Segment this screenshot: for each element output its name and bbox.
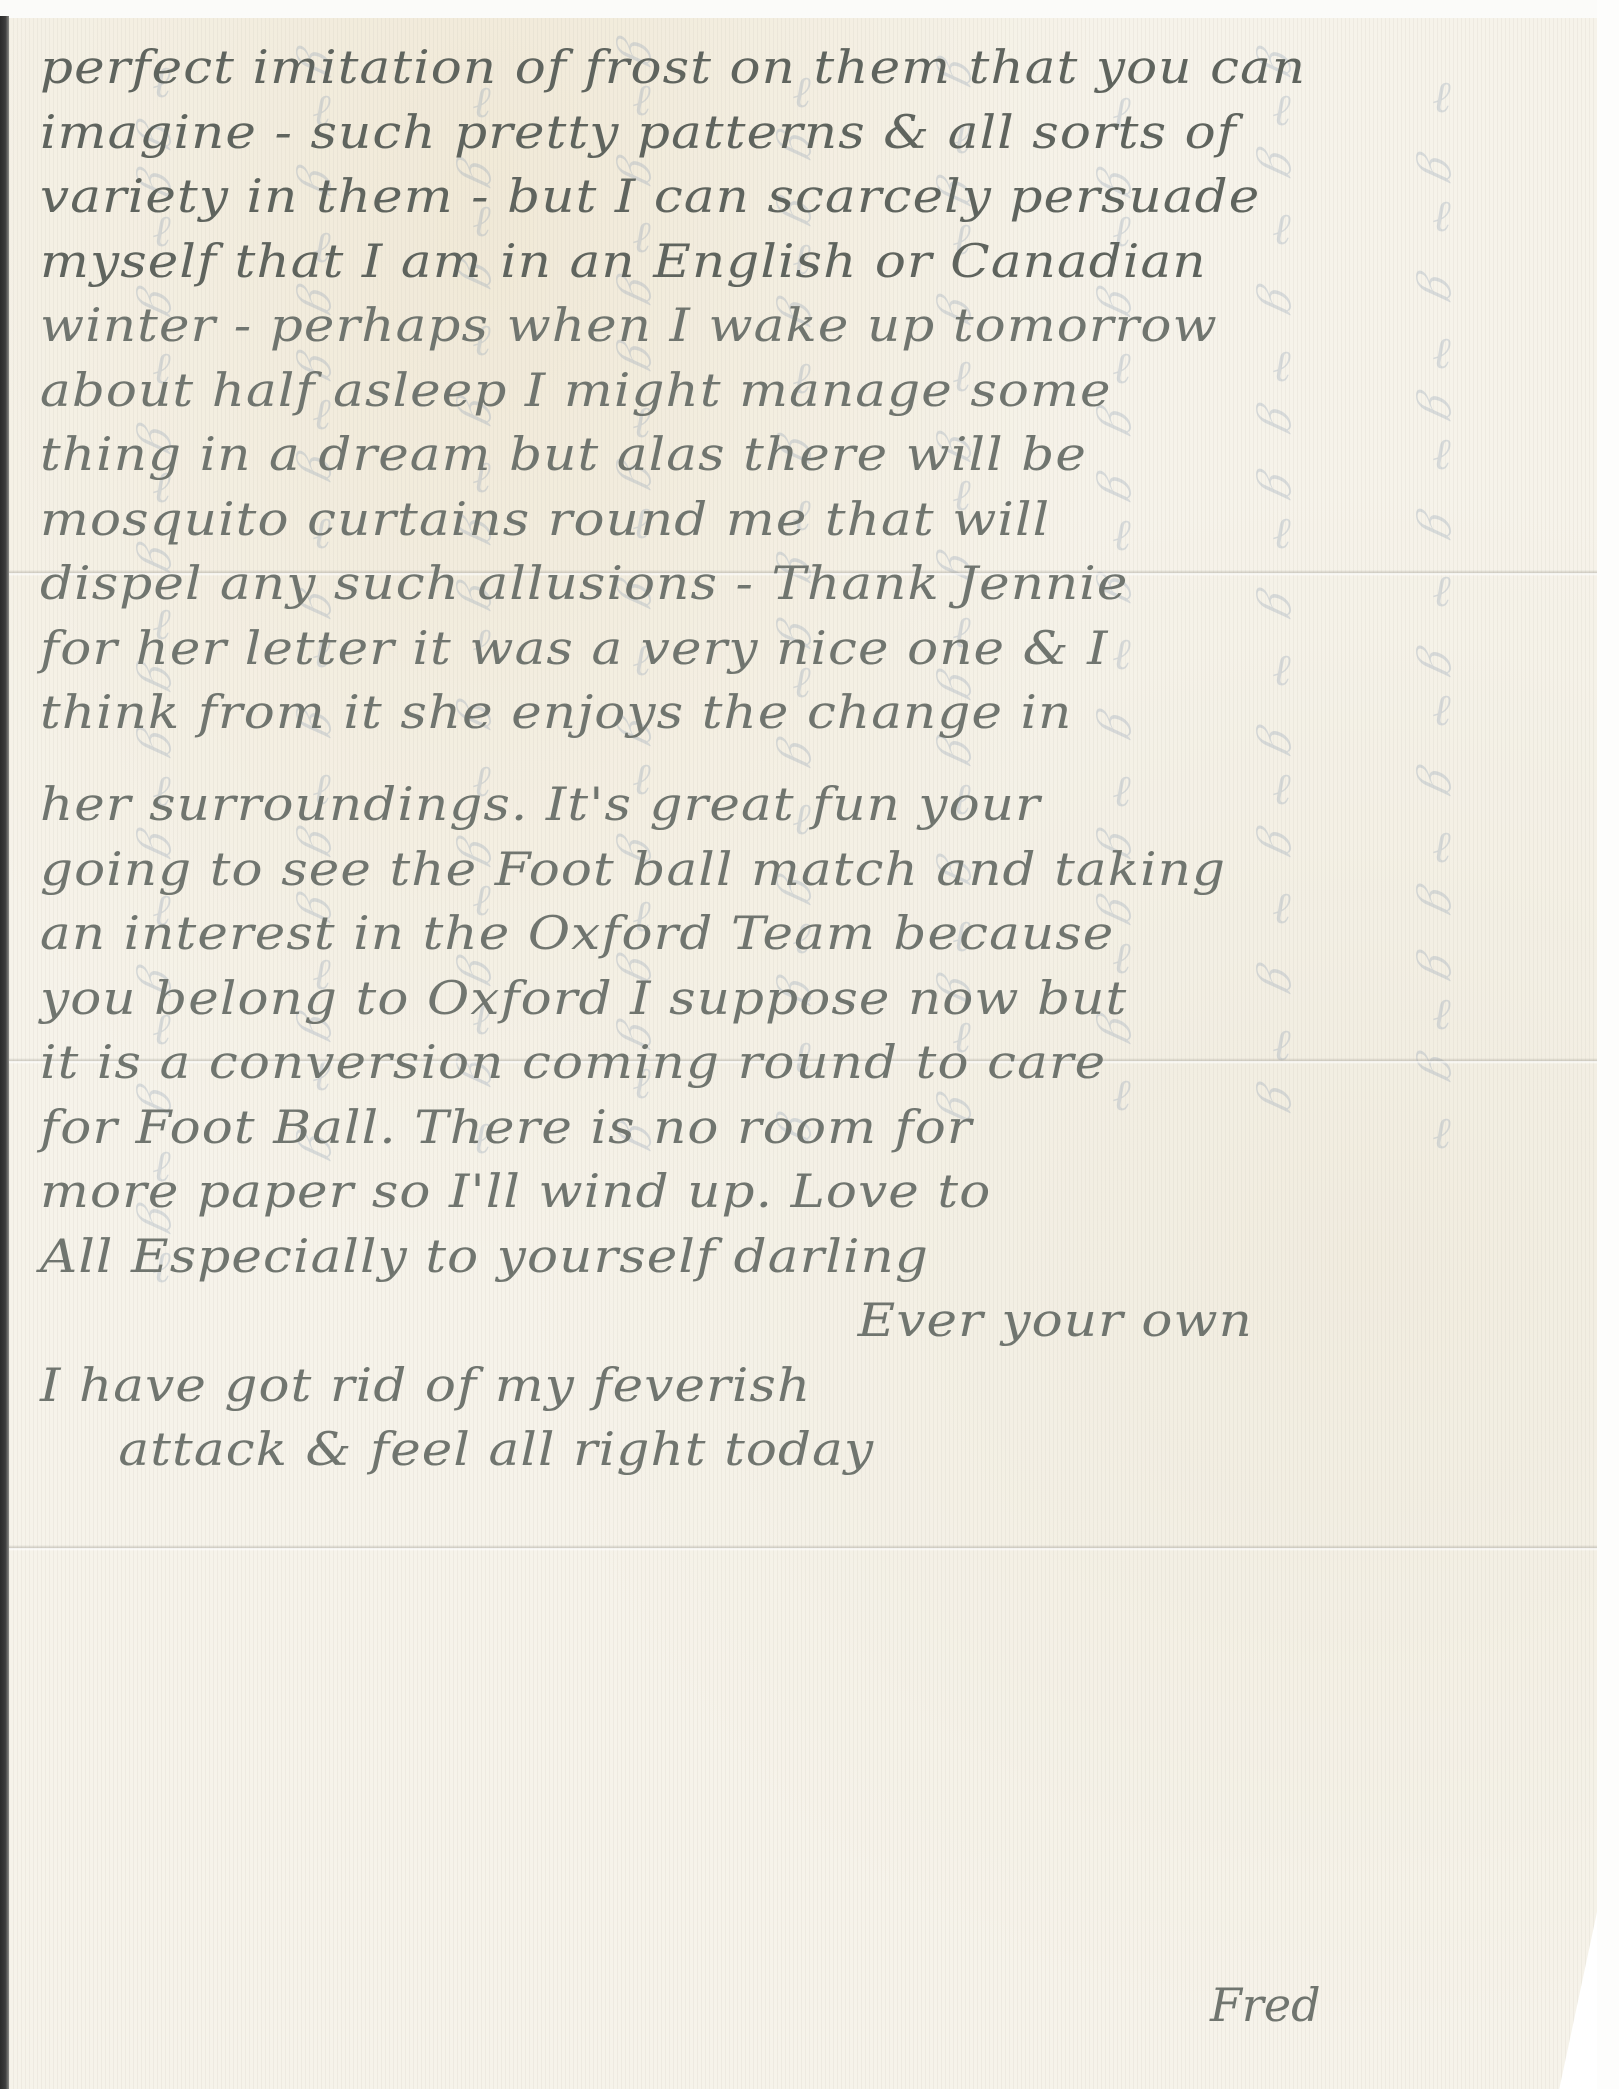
letter-line: more paper so I'll wind up. Love to [40, 1164, 1619, 1222]
letter-line: thing in a dream but alas there will be [40, 427, 1619, 485]
letter-line: dispel any such allusions - Thank Jennie [40, 556, 1619, 614]
letter-line: for her letter it was a very nice one & … [40, 621, 1619, 679]
letter-line: perfect imitation of frost on them that … [40, 40, 1619, 98]
letter-line: for Foot Ball. There is no room for [40, 1100, 1619, 1158]
scan-top-margin [0, 0, 1619, 20]
letter-line: imagine - such pretty patterns & all sor… [40, 105, 1619, 163]
letter-line: an interest in the Oxford Team because [40, 906, 1619, 964]
letter-body: perfect imitation of frost on them that … [40, 40, 1580, 1487]
letter-line: winter - perhaps when I wake up tomorrow [40, 298, 1619, 356]
letter-signature: Fred [1210, 1978, 1321, 2032]
postscript-line: attack & feel all right today [40, 1422, 1619, 1480]
letter-line: you belong to Oxford I suppose now but [40, 971, 1619, 1029]
letter-closing: Ever your own [40, 1293, 1619, 1351]
letter-line: her surroundings. It's great fun your [40, 777, 1619, 835]
letter-line: about half asleep I might manage some [40, 363, 1619, 421]
letter-line: it is a conversion coming round to care [40, 1035, 1619, 1093]
letter-line: myself that I am in an English or Canadi… [40, 234, 1619, 292]
letter-line: going to see the Foot ball match and tak… [40, 842, 1619, 900]
scan-left-edge [0, 16, 9, 2089]
letter-line: variety in them - but I can scarcely per… [40, 169, 1619, 227]
letter-line: mosquito curtains round me that will [40, 492, 1619, 550]
paper-fold-line [9, 1545, 1599, 1551]
postscript-line: I have got rid of my feverish [40, 1358, 1619, 1416]
letter-line: All Especially to yourself darling [40, 1229, 1619, 1287]
scan-right-margin [1597, 0, 1619, 2089]
letter-line: think from it she enjoys the change in [40, 685, 1619, 743]
